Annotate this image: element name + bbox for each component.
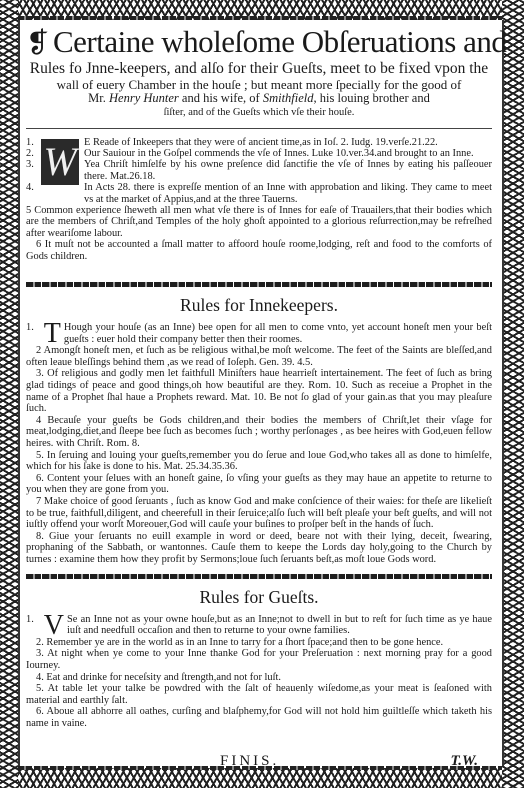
author-initials: T.W.: [450, 753, 478, 770]
intro-paragraph: 6 It muſt not be accounted a ſmall matte…: [26, 239, 492, 262]
rule-item: 6. Content your ſelues with an honeſt ga…: [26, 473, 492, 496]
broadside-content: ❡Certaine wholeſome Obſeruations and Rul…: [26, 20, 492, 783]
intro-section: W 1. E Reade of Inkeepers that they were…: [26, 137, 492, 262]
rule-item: 7 Make choice of good ſeruants , ſuch as…: [26, 496, 492, 531]
intro-item: 2. Our Sauiour in the Goſpel commends th…: [26, 148, 492, 159]
rule-item: 1. V Se an Inne not as your owne houſe,b…: [26, 614, 492, 637]
rule-item: 3. At night when ye come to your Inne th…: [26, 648, 492, 671]
page-title: ❡Certaine wholeſome Obſeruations and: [26, 26, 492, 59]
intro-item: 4. In Acts 28. there is expreſſe mention…: [26, 182, 492, 205]
rule-item: 2 Amongſt honeſt men, et ſuch as be reli…: [26, 345, 492, 368]
rule-item: 4 Becauſe your gueſts be Gods children,a…: [26, 415, 492, 450]
finis-label: FINIS.: [220, 753, 279, 770]
intro-paragraph: 5 Common experience ſheweth all men what…: [26, 205, 492, 239]
section-heading-innkeepers: Rules for Innekeepers.: [26, 295, 492, 316]
rule-item: 4. Eat and drinke for neceſsity and ſtre…: [26, 672, 492, 684]
guest-rules: 1. V Se an Inne not as your owne houſe,b…: [26, 614, 492, 730]
subtitle-line-2: wall of euery Chamber in the houſe ; but…: [26, 78, 492, 92]
section-divider: [26, 282, 492, 287]
decorative-border-right: [502, 0, 524, 788]
rule-item: 3. Of religious and godly men let faithf…: [26, 368, 492, 414]
dedicatee-name: Henry Hunter: [109, 91, 179, 105]
rule-item: 5. At table let your talke be powdred wi…: [26, 683, 492, 706]
pilcrow-icon: ❡: [26, 28, 49, 59]
title-block: ❡Certaine wholeſome Obſeruations and Rul…: [26, 26, 492, 118]
rule-item: 8. Giue your ſeruants no euill example i…: [26, 531, 492, 566]
subtitle-line-3: Mr. Henry Hunter and his wife, of Smithf…: [26, 92, 492, 105]
rule-item: 6. Aboue all abhorre all oathes, curſing…: [26, 706, 492, 729]
rule-item: 2. Remember ye are in the world as in an…: [26, 637, 492, 649]
decorative-border-left: [0, 0, 18, 788]
initial-letter: V: [44, 615, 64, 637]
intro-item: 3. Yea Chriſt himſelfe by his owne preſe…: [26, 159, 492, 182]
innkeeper-rules: 1. T Hough your houſe (as an Inne) bee o…: [26, 322, 492, 565]
section-divider: [26, 574, 492, 579]
subtitle-line-4: ſiſter, and of the Gueſts which vſe thei…: [26, 107, 492, 118]
section-heading-guests: Rules for Gueſts.: [26, 587, 492, 608]
intro-item: 1. E Reade of Inkeepers that they were o…: [26, 137, 492, 148]
place-name: Smithfield: [263, 91, 314, 105]
initial-letter: T: [44, 323, 61, 345]
rule-item: 1. T Hough your houſe (as an Inne) bee o…: [26, 322, 492, 345]
subtitle-line-1: Rules fo Jnne-keepers, and alſo for thei…: [26, 61, 492, 77]
footer: FINIS. T.W.: [26, 753, 492, 783]
rule-item: 5. In ſeruing and louing your gueſts,rem…: [26, 450, 492, 473]
title-divider: [26, 128, 492, 129]
